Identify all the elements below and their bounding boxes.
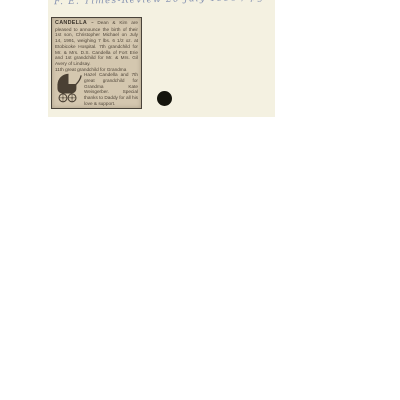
- clipping-paragraph-1: CANDELLA ~ Dean & Kim are pleased to ann…: [55, 20, 138, 67]
- scanned-document-view: F. E. Times-Review 20 July 1991 / pge 18…: [0, 0, 400, 400]
- baby-carriage-icon: [55, 73, 82, 103]
- headline-separator: ~: [87, 20, 97, 25]
- hole-punch-dot: [157, 91, 172, 106]
- clipping-paragraph-2: Hazel Candella and 7th great grandchild …: [55, 72, 138, 106]
- handwritten-citation: F. E. Times-Review 20 July 1991 / pge 18: [54, 0, 269, 7]
- clipping-headline: CANDELLA: [55, 20, 87, 26]
- newspaper-clipping: CANDELLA ~ Dean & Kim are pleased to ann…: [51, 17, 142, 109]
- clipping-body-text: Dean & Kim are pleased to announce the b…: [55, 20, 138, 66]
- scanned-page: F. E. Times-Review 20 July 1991 / pge 18…: [48, 0, 275, 117]
- clipping-paragraph-2-text: Hazel Candella and 7th great grandchild …: [84, 72, 138, 106]
